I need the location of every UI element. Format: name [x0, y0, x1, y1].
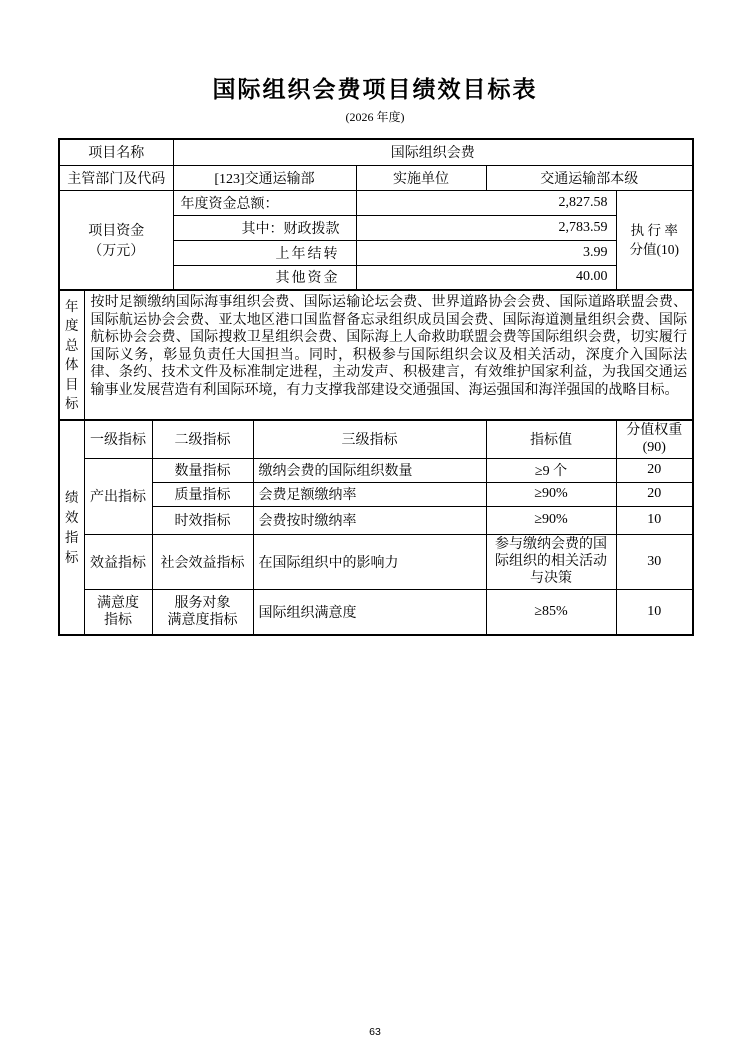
- fund-fiscal-label: 其中：财政拨款: [173, 215, 356, 240]
- indicator-weight: 10: [616, 589, 693, 635]
- indicator-weight: 30: [616, 534, 693, 589]
- impl-unit-label: 实施单位: [356, 165, 486, 190]
- page-number: 63: [0, 1026, 750, 1038]
- indicator-weight: 20: [616, 482, 693, 506]
- indicator-level2: 时效指标: [152, 506, 253, 534]
- level1-group-output: 产出指标: [84, 458, 152, 534]
- indicator-level3: 会费按时缴纳率: [253, 506, 486, 534]
- level1-group-benefit: 效益指标: [84, 534, 152, 589]
- indicator-weight: 20: [616, 458, 693, 482]
- annual-goal-text: 按时足额缴纳国际海事组织会费、国际运输论坛会费、世界道路协会会费、国际道路联盟会…: [84, 290, 693, 420]
- dept-code-label: 主管部门及代码: [59, 165, 173, 190]
- fund-carryover-label: 上年结转: [173, 240, 356, 265]
- fund-other-value: 40.00: [356, 265, 616, 290]
- execution-rate-label: 执 行 率 分值(10): [616, 190, 693, 290]
- indicator-value: ≥85%: [486, 589, 616, 635]
- header-value: 指标值: [486, 420, 616, 458]
- indicator-level2: 社会效益指标: [152, 534, 253, 589]
- table-row: 项目资金 （万元） 年度资金总额： 2,827.58 执 行 率 分值(10): [59, 190, 693, 215]
- funds-section-label: 项目资金 （万元）: [59, 190, 173, 290]
- indicator-level3: 国际组织满意度: [253, 589, 486, 635]
- indicator-value: ≥9 个: [486, 458, 616, 482]
- project-name-label: 项目名称: [59, 139, 173, 165]
- indicator-row: 时效指标 会费按时缴纳率 ≥90% 10: [59, 506, 693, 534]
- indicator-level3: 会费足额缴纳率: [253, 482, 486, 506]
- fund-other-label: 其他资金: [173, 265, 356, 290]
- indicator-row: 产出指标 数量指标 缴纳会费的国际组织数量 ≥9 个 20: [59, 458, 693, 482]
- table-row: 年度总体目标 按时足额缴纳国际海事组织会费、国际运输论坛会费、世界道路协会会费、…: [59, 290, 693, 420]
- performance-target-table: 项目名称 国际组织会费 主管部门及代码 [123]交通运输部 实施单位 交通运输…: [58, 138, 694, 636]
- indicator-row: 效益指标 社会效益指标 在国际组织中的影响力 参与缴纳会费的国 际组织的相关活动…: [59, 534, 693, 589]
- project-name-value: 国际组织会费: [173, 139, 693, 165]
- indicator-level3: 缴纳会费的国际组织数量: [253, 458, 486, 482]
- indicator-row: 满意度 指标 服务对象 满意度指标 国际组织满意度 ≥85% 10: [59, 589, 693, 635]
- indicator-row: 质量指标 会费足额缴纳率 ≥90% 20: [59, 482, 693, 506]
- fund-carryover-value: 3.99: [356, 240, 616, 265]
- fund-total-label: 年度资金总额：: [173, 190, 356, 215]
- annual-goal-label-text: 年度总体目标: [64, 297, 79, 414]
- indicator-value: 参与缴纳会费的国 际组织的相关活动 与决策: [486, 534, 616, 589]
- indicator-section-label-text: 绩效指标: [64, 488, 79, 568]
- fund-fiscal-value: 2,783.59: [356, 215, 616, 240]
- fund-total-value: 2,827.58: [356, 190, 616, 215]
- header-weight: 分值权重 (90): [616, 420, 693, 458]
- indicator-value: ≥90%: [486, 506, 616, 534]
- dept-code-value: [123]交通运输部: [173, 165, 356, 190]
- indicator-level2: 服务对象 满意度指标: [152, 589, 253, 635]
- indicator-level2: 质量指标: [152, 482, 253, 506]
- indicator-weight: 10: [616, 506, 693, 534]
- level1-group-satisfaction: 满意度 指标: [84, 589, 152, 635]
- table-row: 项目名称 国际组织会费: [59, 139, 693, 165]
- annual-goal-section-label: 年度总体目标: [59, 290, 84, 420]
- document-page: 国际组织会费项目绩效目标表 (2026 年度) 项目名称 国际组织会费 主管部门…: [0, 0, 750, 1060]
- table-row: 主管部门及代码 [123]交通运输部 实施单位 交通运输部本级: [59, 165, 693, 190]
- indicator-level2: 数量指标: [152, 458, 253, 482]
- header-level1: 一级指标: [84, 420, 152, 458]
- page-title: 国际组织会费项目绩效目标表: [0, 0, 750, 105]
- header-level2: 二级指标: [152, 420, 253, 458]
- impl-unit-value: 交通运输部本级: [486, 165, 693, 190]
- indicator-header-row: 绩效指标 一级指标 二级指标 三级指标 指标值 分值权重 (90): [59, 420, 693, 458]
- header-level3: 三级指标: [253, 420, 486, 458]
- page-subtitle: (2026 年度): [0, 109, 750, 125]
- indicator-level3: 在国际组织中的影响力: [253, 534, 486, 589]
- indicator-section-label: 绩效指标: [59, 420, 84, 635]
- indicator-value: ≥90%: [486, 482, 616, 506]
